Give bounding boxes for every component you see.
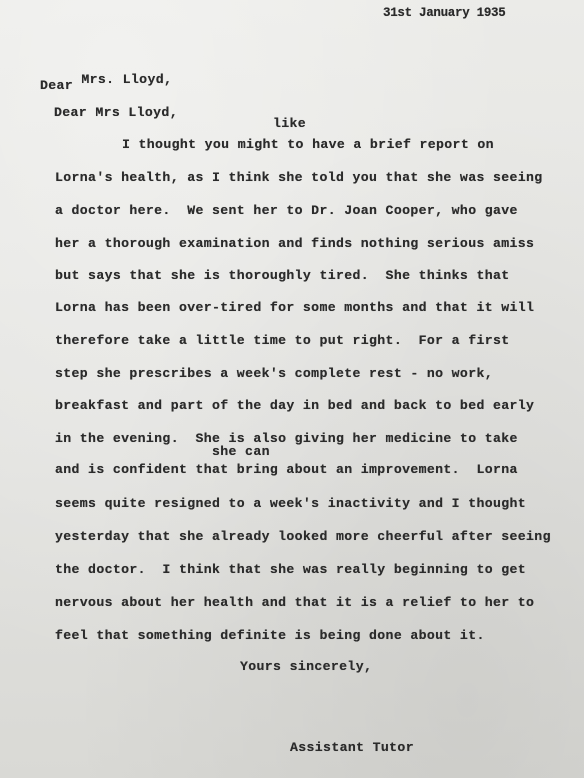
body-line: nervous about her health and that it is … xyxy=(55,595,534,610)
body-line: I thought you might to have a brief repo… xyxy=(122,137,494,152)
insertion-like: like xyxy=(273,116,306,131)
closing: Yours sincerely, xyxy=(240,659,372,674)
salutation-original: Dear Mrs. Lloyd, xyxy=(40,78,172,93)
body-line: Lorna's health, as I think she told you … xyxy=(55,170,543,185)
salutation-retyped: Dear Mrs Lloyd, xyxy=(54,105,178,120)
insertion-she-can: she can xyxy=(212,444,270,459)
signature-title: Assistant Tutor xyxy=(290,740,414,755)
letter-date: 31st January 1935 xyxy=(383,6,505,20)
body-line: therefore take a little time to put righ… xyxy=(55,333,510,348)
salutation-name: Mrs. Lloyd, xyxy=(81,72,172,87)
salutation-word: Dear xyxy=(40,78,73,93)
body-line: the doctor. I think that she was really … xyxy=(55,562,526,577)
body-line: in the evening. She is also giving her m… xyxy=(55,431,518,446)
body-line: yesterday that she already looked more c… xyxy=(55,529,551,544)
body-line: seems quite resigned to a week's inactiv… xyxy=(55,496,526,511)
body-line: a doctor here. We sent her to Dr. Joan C… xyxy=(55,203,518,218)
body-line: Lorna has been over-tired for some month… xyxy=(55,300,534,315)
body-line: but says that she is thoroughly tired. S… xyxy=(55,268,510,283)
body-line: step she prescribes a week's complete re… xyxy=(55,366,493,381)
body-line: and is confident that bring about an imp… xyxy=(55,462,518,477)
body-line: breakfast and part of the day in bed and… xyxy=(55,398,534,413)
body-line: feel that something definite is being do… xyxy=(55,628,485,643)
letter-page: 31st January 1935 Dear Mrs. Lloyd, Dear … xyxy=(0,0,584,778)
body-line: her a thorough examination and finds not… xyxy=(55,236,534,251)
